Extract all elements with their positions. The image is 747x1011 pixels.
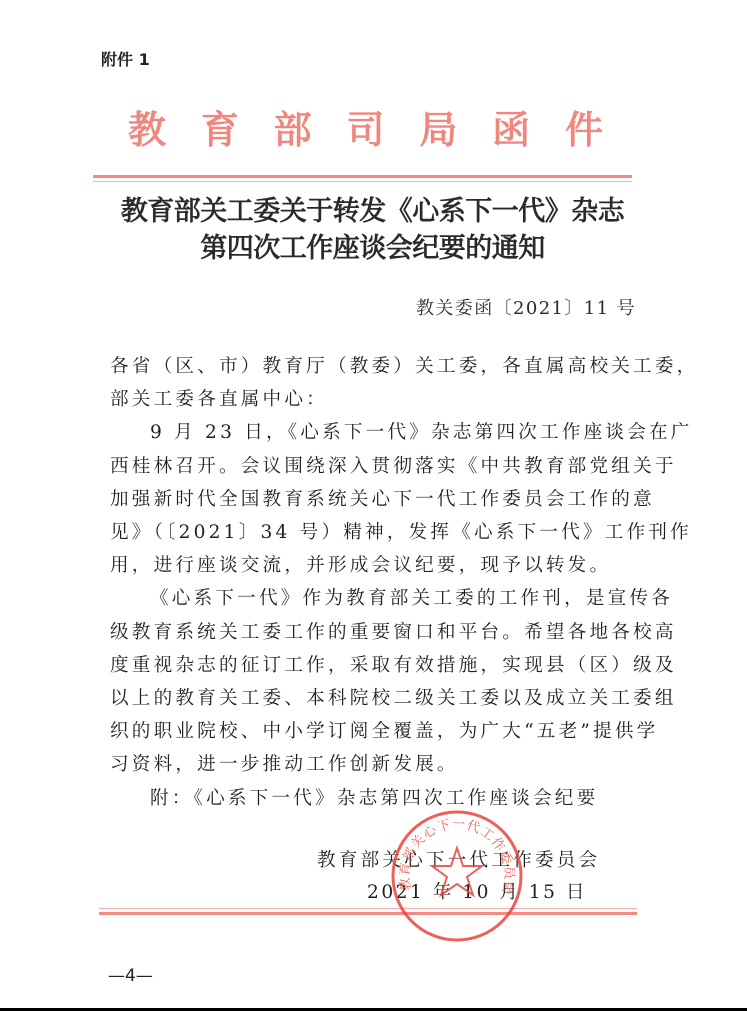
body-line: 附：《心系下一代》杂志第四次工作座谈会纪要 [110,782,630,815]
bottom-rule-thin [99,908,637,909]
letterhead-char: 函 [492,106,530,154]
document-body: 各省（区、市）教育厅（教委）关工委，各直属高校关工委， 部关工委各直属中心： 9… [110,350,630,815]
body-line: 见》（〔2021〕34 号）精神，发挥《心系下一代》工作刊作 [110,516,630,549]
paragraph-2: 《心系下一代》作为教育部关工委的工作刊，是宣传各 级教育系统关工委工作的重要窗口… [110,582,630,781]
document-title-line-2: 第四次工作座谈会纪要的通知 [100,230,645,267]
body-line: 9 月 23 日，《心系下一代》杂志第四次工作座谈会在广 [110,416,630,449]
letterhead-char: 局 [419,106,457,154]
letterhead-char: 部 [274,106,312,154]
body-line: 加强新时代全国教育系统关心下一代工作委员会工作的意 [110,483,630,516]
paragraph-1: 9 月 23 日，《心系下一代》杂志第四次工作座谈会在广 西桂林召开。会议围绕深… [110,416,630,582]
body-line: 用，进行座谈交流，并形成会议纪要，现予以转发。 [110,549,630,582]
body-line: 部关工委各直属中心： [110,383,630,416]
body-line: 度重视杂志的征订工作，采取有效措施，实现县（区）级及 [110,649,630,682]
body-line: 《心系下一代》作为教育部关工委的工作刊，是宣传各 [110,582,630,615]
document-number: 教关委函〔2021〕11 号 [416,294,636,320]
body-line: 习资料，进一步推动工作创新发展。 [110,748,630,781]
document-title: 教育部关工委关于转发《心系下一代》杂志 第四次工作座谈会纪要的通知 [100,193,645,267]
body-line: 以上的教育关工委、本科院校二级关工委以及成立关工委组 [110,682,630,715]
letterhead-char: 育 [201,106,239,154]
signature-date: 2021 年 10 月 15 日 [367,878,587,904]
body-line: 各省（区、市）教育厅（教委）关工委，各直属高校关工委， [110,350,630,383]
letterhead-title: 教 育 部 司 局 函 件 [128,106,603,154]
letterhead-char: 件 [565,106,603,154]
salutation: 各省（区、市）教育厅（教委）关工委，各直属高校关工委， 部关工委各直属中心： [110,350,630,416]
attachment-label: 附件 1 [101,47,150,70]
top-rule-thin [93,181,632,182]
body-line: 织的职业院校、中小学订阅全覆盖，为广大“五老”提供学 [110,715,630,748]
attachment-note: 附：《心系下一代》杂志第四次工作座谈会纪要 [110,782,630,815]
body-line: 级教育系统关工委工作的重要窗口和平台。希望各地各校高 [110,616,630,649]
body-line: 西桂林召开。会议围绕深入贯彻落实《中共教育部党组关于 [110,450,630,483]
letterhead-char: 司 [346,106,384,154]
top-rule-thick [93,175,632,178]
document-title-line-1: 教育部关工委关于转发《心系下一代》杂志 [100,193,645,230]
bottom-rule-thick [99,912,637,915]
official-seal: 教育部关心下一代工作委员会 [389,808,525,944]
page-number: —4— [108,966,153,986]
signature-organization: 教育部关心下一代工作委员会 [317,846,600,872]
letterhead-char: 教 [128,106,166,154]
